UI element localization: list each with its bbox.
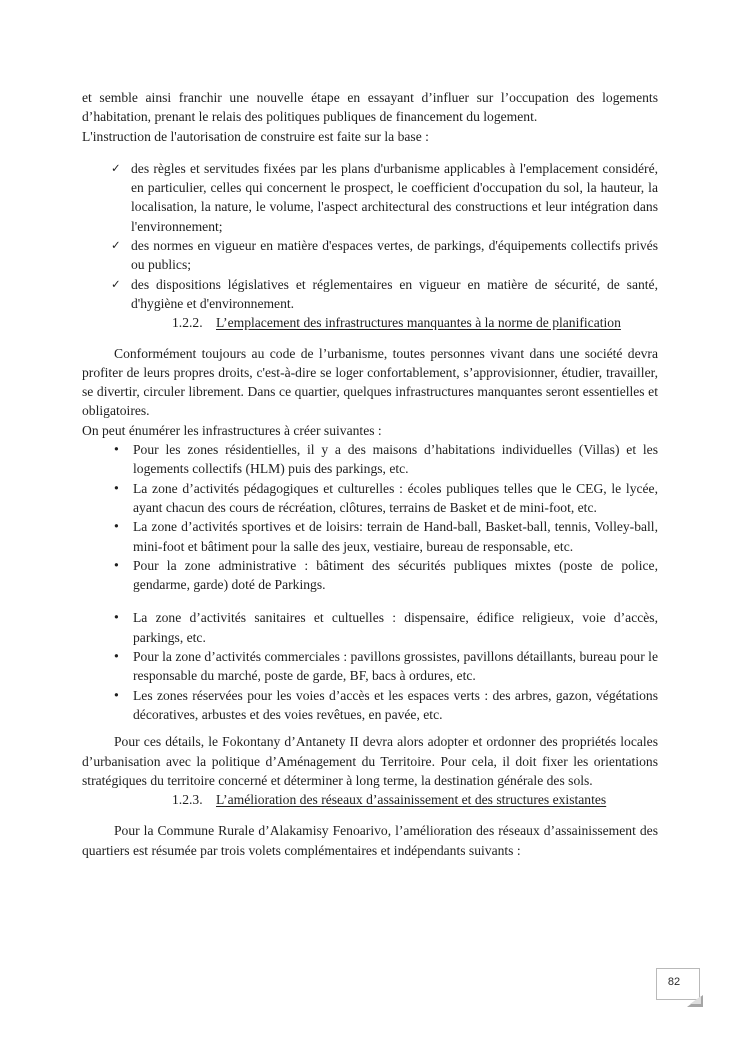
bullet-list-item: • La zone d’activités sportives et de lo… <box>82 517 658 556</box>
checkmark-icon: ✓ <box>111 159 121 178</box>
section-heading-1-2-2: 1.2.2. L’emplacement des infrastructures… <box>172 313 658 332</box>
page-number-badge: 82 <box>656 968 700 1000</box>
bullet-list-item: • Pour la zone administrative : bâtiment… <box>82 556 658 595</box>
bullet-item-text: Les zones réservées pour les voies d’acc… <box>133 688 658 722</box>
check-list-item: ✓ des règles et servitudes fixées par le… <box>82 159 658 236</box>
section-heading-1-2-3: 1.2.3. L’amélioration des réseaux d’assa… <box>172 790 658 809</box>
bullet-item-text: La zone d’activités sanitaires et cultue… <box>133 610 658 644</box>
bullet-icon: • <box>113 647 120 666</box>
bullet-icon: • <box>113 556 120 575</box>
checkmark-icon: ✓ <box>111 236 121 255</box>
check-item-text: des règles et servitudes fixées par les … <box>131 161 658 234</box>
bullet-list-item: • La zone d’activités pédagogiques et cu… <box>82 479 658 518</box>
checkmark-icon: ✓ <box>111 275 121 294</box>
check-item-text: des dispositions législatives et régleme… <box>131 277 658 311</box>
paragraph-conformement: Conformément toujours au code de l’urban… <box>82 344 658 421</box>
bullet-icon: • <box>113 608 120 627</box>
intro-paragraph: et semble ainsi franchir une nouvelle ét… <box>82 88 658 127</box>
heading-number: 1.2.3. <box>172 790 216 809</box>
check-item-text: des normes en vigueur en matière d'espac… <box>131 238 658 272</box>
bullet-list-item: • Les zones réservées pour les voies d’a… <box>82 686 658 725</box>
bullet-item-text: Pour les zones résidentielles, il y a de… <box>133 442 658 476</box>
enumerate-line: On peut énumérer les infrastructures à c… <box>82 421 658 440</box>
bullet-icon: • <box>113 686 120 705</box>
page-number: 82 <box>657 976 691 988</box>
check-list-item: ✓ des normes en vigueur en matière d'esp… <box>82 236 658 275</box>
check-list: ✓ des règles et servitudes fixées par le… <box>82 159 658 313</box>
bullet-list-item: • La zone d’activités sanitaires et cult… <box>82 608 658 647</box>
bullet-icon: • <box>113 440 120 459</box>
paragraph-details: Pour ces détails, le Fokontany d’Antanet… <box>82 732 658 790</box>
document-page: et semble ainsi franchir une nouvelle ét… <box>0 0 745 1053</box>
bullet-list: • Pour les zones résidentielles, il y a … <box>82 440 658 724</box>
bullet-item-text: La zone d’activités pédagogiques et cult… <box>133 481 658 515</box>
paragraph-commune: Pour la Commune Rurale d’Alakamisy Fenoa… <box>82 821 658 860</box>
heading-title: L’emplacement des infrastructures manqua… <box>216 313 658 332</box>
bullet-list-item: • Pour les zones résidentielles, il y a … <box>82 440 658 479</box>
heading-number: 1.2.2. <box>172 313 216 332</box>
bullet-icon: • <box>113 479 120 498</box>
document-content: et semble ainsi franchir une nouvelle ét… <box>82 88 658 860</box>
bullet-list-item: • Pour la zone d’activités commerciales … <box>82 647 658 686</box>
bullet-item-text: Pour la zone administrative : bâtiment d… <box>133 558 658 592</box>
bullet-item-text: La zone d’activités sportives et de lois… <box>133 519 658 553</box>
heading-title: L’amélioration des réseaux d’assainissem… <box>216 790 658 809</box>
bullet-item-text: Pour la zone d’activités commerciales : … <box>133 649 658 683</box>
instruction-line: L'instruction de l'autorisation de const… <box>82 127 658 146</box>
folded-corner-icon <box>690 996 701 1004</box>
bullet-icon: • <box>113 517 120 536</box>
check-list-item: ✓ des dispositions législatives et régle… <box>82 275 658 314</box>
